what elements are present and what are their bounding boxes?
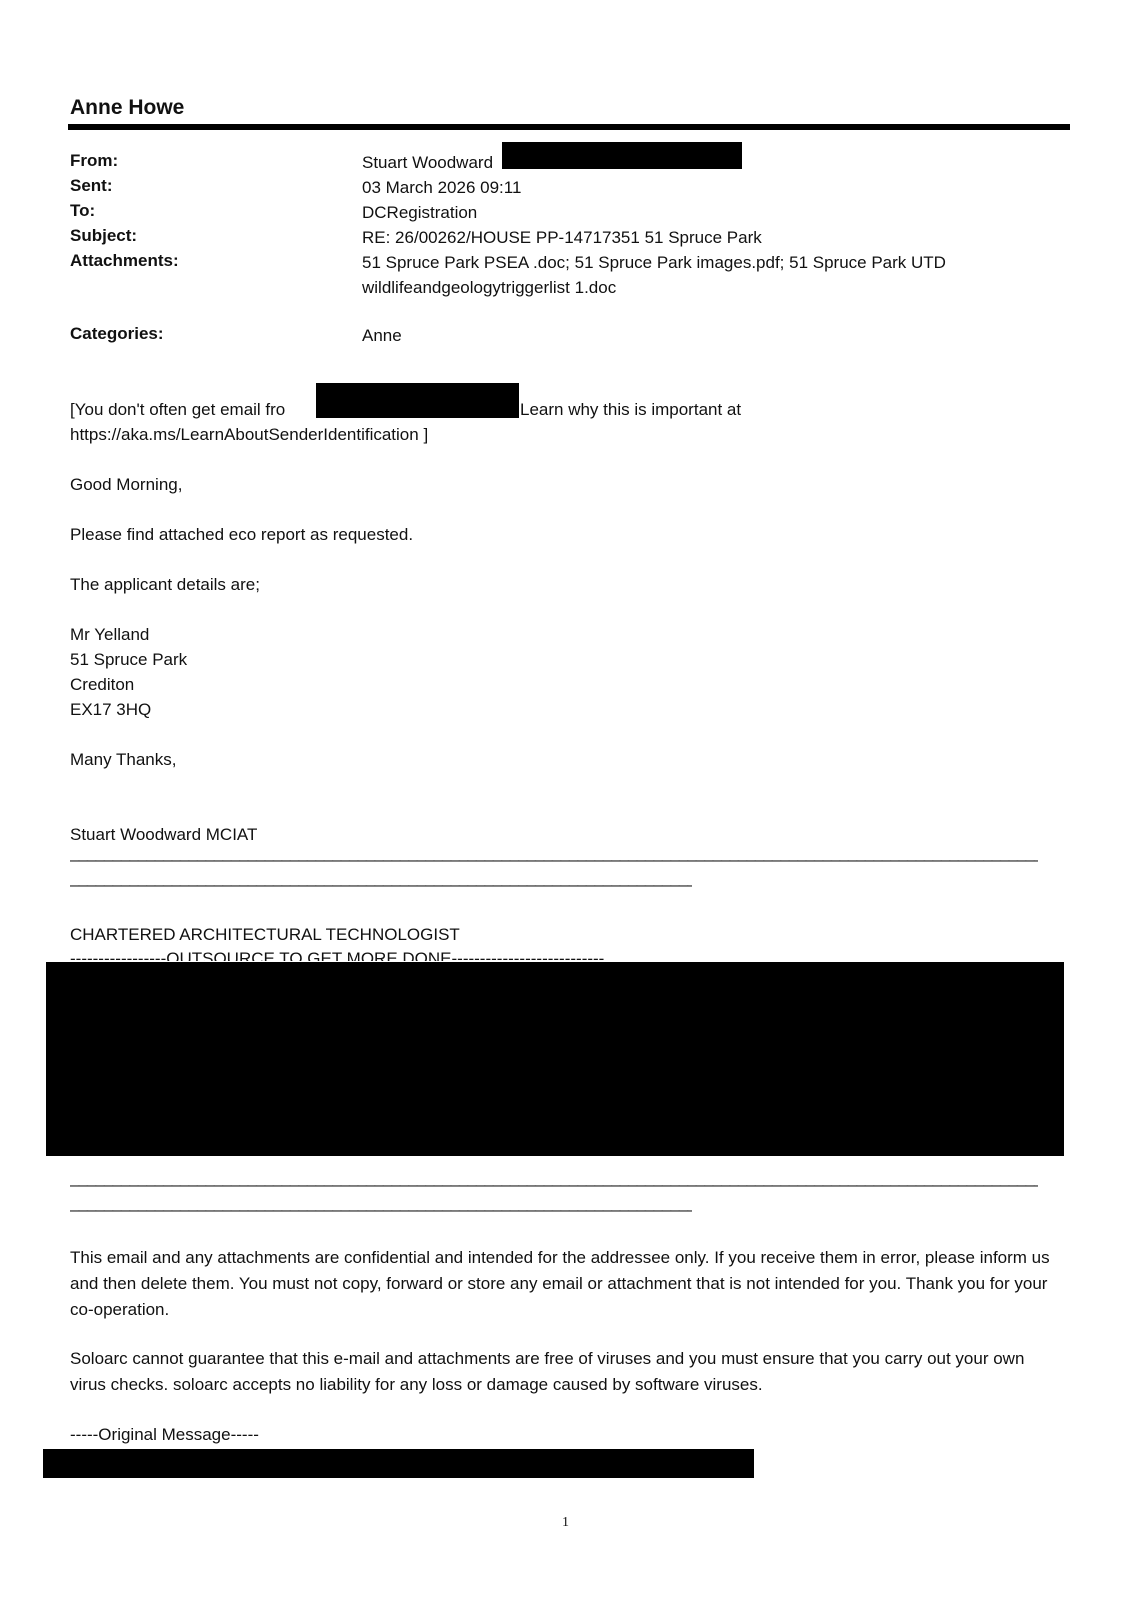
body-line-2: The applicant details are; (70, 572, 260, 597)
signature-title: CHARTERED ARCHITECTURAL TECHNOLOGIST (70, 922, 460, 947)
subject-value: RE: 26/00262/HOUSE PP-14717351 51 Spruce… (362, 225, 1062, 250)
signature-tagline: -----------------OUTSOURCE TO GET MORE D… (70, 946, 604, 961)
page-number: 1 (0, 1515, 1131, 1531)
sender-notice-prefix: [You don't often get email fro (70, 397, 285, 422)
sent-label: Sent: (70, 176, 113, 196)
original-message-marker: -----Original Message----- (70, 1422, 259, 1447)
redaction-original-header (43, 1449, 754, 1478)
disclaimer-confidentiality: This email and any attachments are confi… (70, 1245, 1060, 1323)
footer-rule-short: ________________________________________… (70, 1193, 692, 1213)
to-value: DCRegistration (362, 200, 1062, 225)
sender-notice-suffix: Learn why this is important at (520, 397, 741, 422)
categories-label: Categories: (70, 324, 164, 344)
sent-value: 03 March 2026 09:11 (362, 175, 1062, 200)
signature-rule-long: ________________________________________… (70, 843, 1038, 863)
signature-rule-short: ________________________________________… (70, 868, 692, 888)
address-line: Mr Yelland (70, 622, 149, 647)
document-title: Anne Howe (70, 96, 184, 120)
address-line: Crediton (70, 672, 134, 697)
address-line: EX17 3HQ (70, 697, 151, 722)
closing: Many Thanks, (70, 747, 176, 772)
redaction-notice (316, 383, 519, 418)
redaction-signature-block (46, 962, 1064, 1156)
attachments-line-1: 51 Spruce Park PSEA .doc; 51 Spruce Park… (362, 250, 1062, 275)
sender-notice-link[interactable]: https://aka.ms/LearnAboutSenderIdentific… (70, 422, 428, 447)
address-line: 51 Spruce Park (70, 647, 187, 672)
redaction-sender-email (502, 142, 742, 169)
title-divider (68, 124, 1070, 130)
attachments-label: Attachments: (70, 251, 179, 271)
disclaimer-virus: Soloarc cannot guarantee that this e-mai… (70, 1346, 1060, 1398)
greeting: Good Morning, (70, 472, 182, 497)
from-label: From: (70, 151, 118, 171)
categories-value: Anne (362, 323, 1062, 348)
footer-rule-long: ________________________________________… (70, 1168, 1038, 1188)
attachments-line-2: wildlifeandgeologytriggerlist 1.doc (362, 275, 1062, 300)
to-label: To: (70, 201, 95, 221)
body-line-1: Please find attached eco report as reque… (70, 522, 413, 547)
subject-label: Subject: (70, 226, 137, 246)
